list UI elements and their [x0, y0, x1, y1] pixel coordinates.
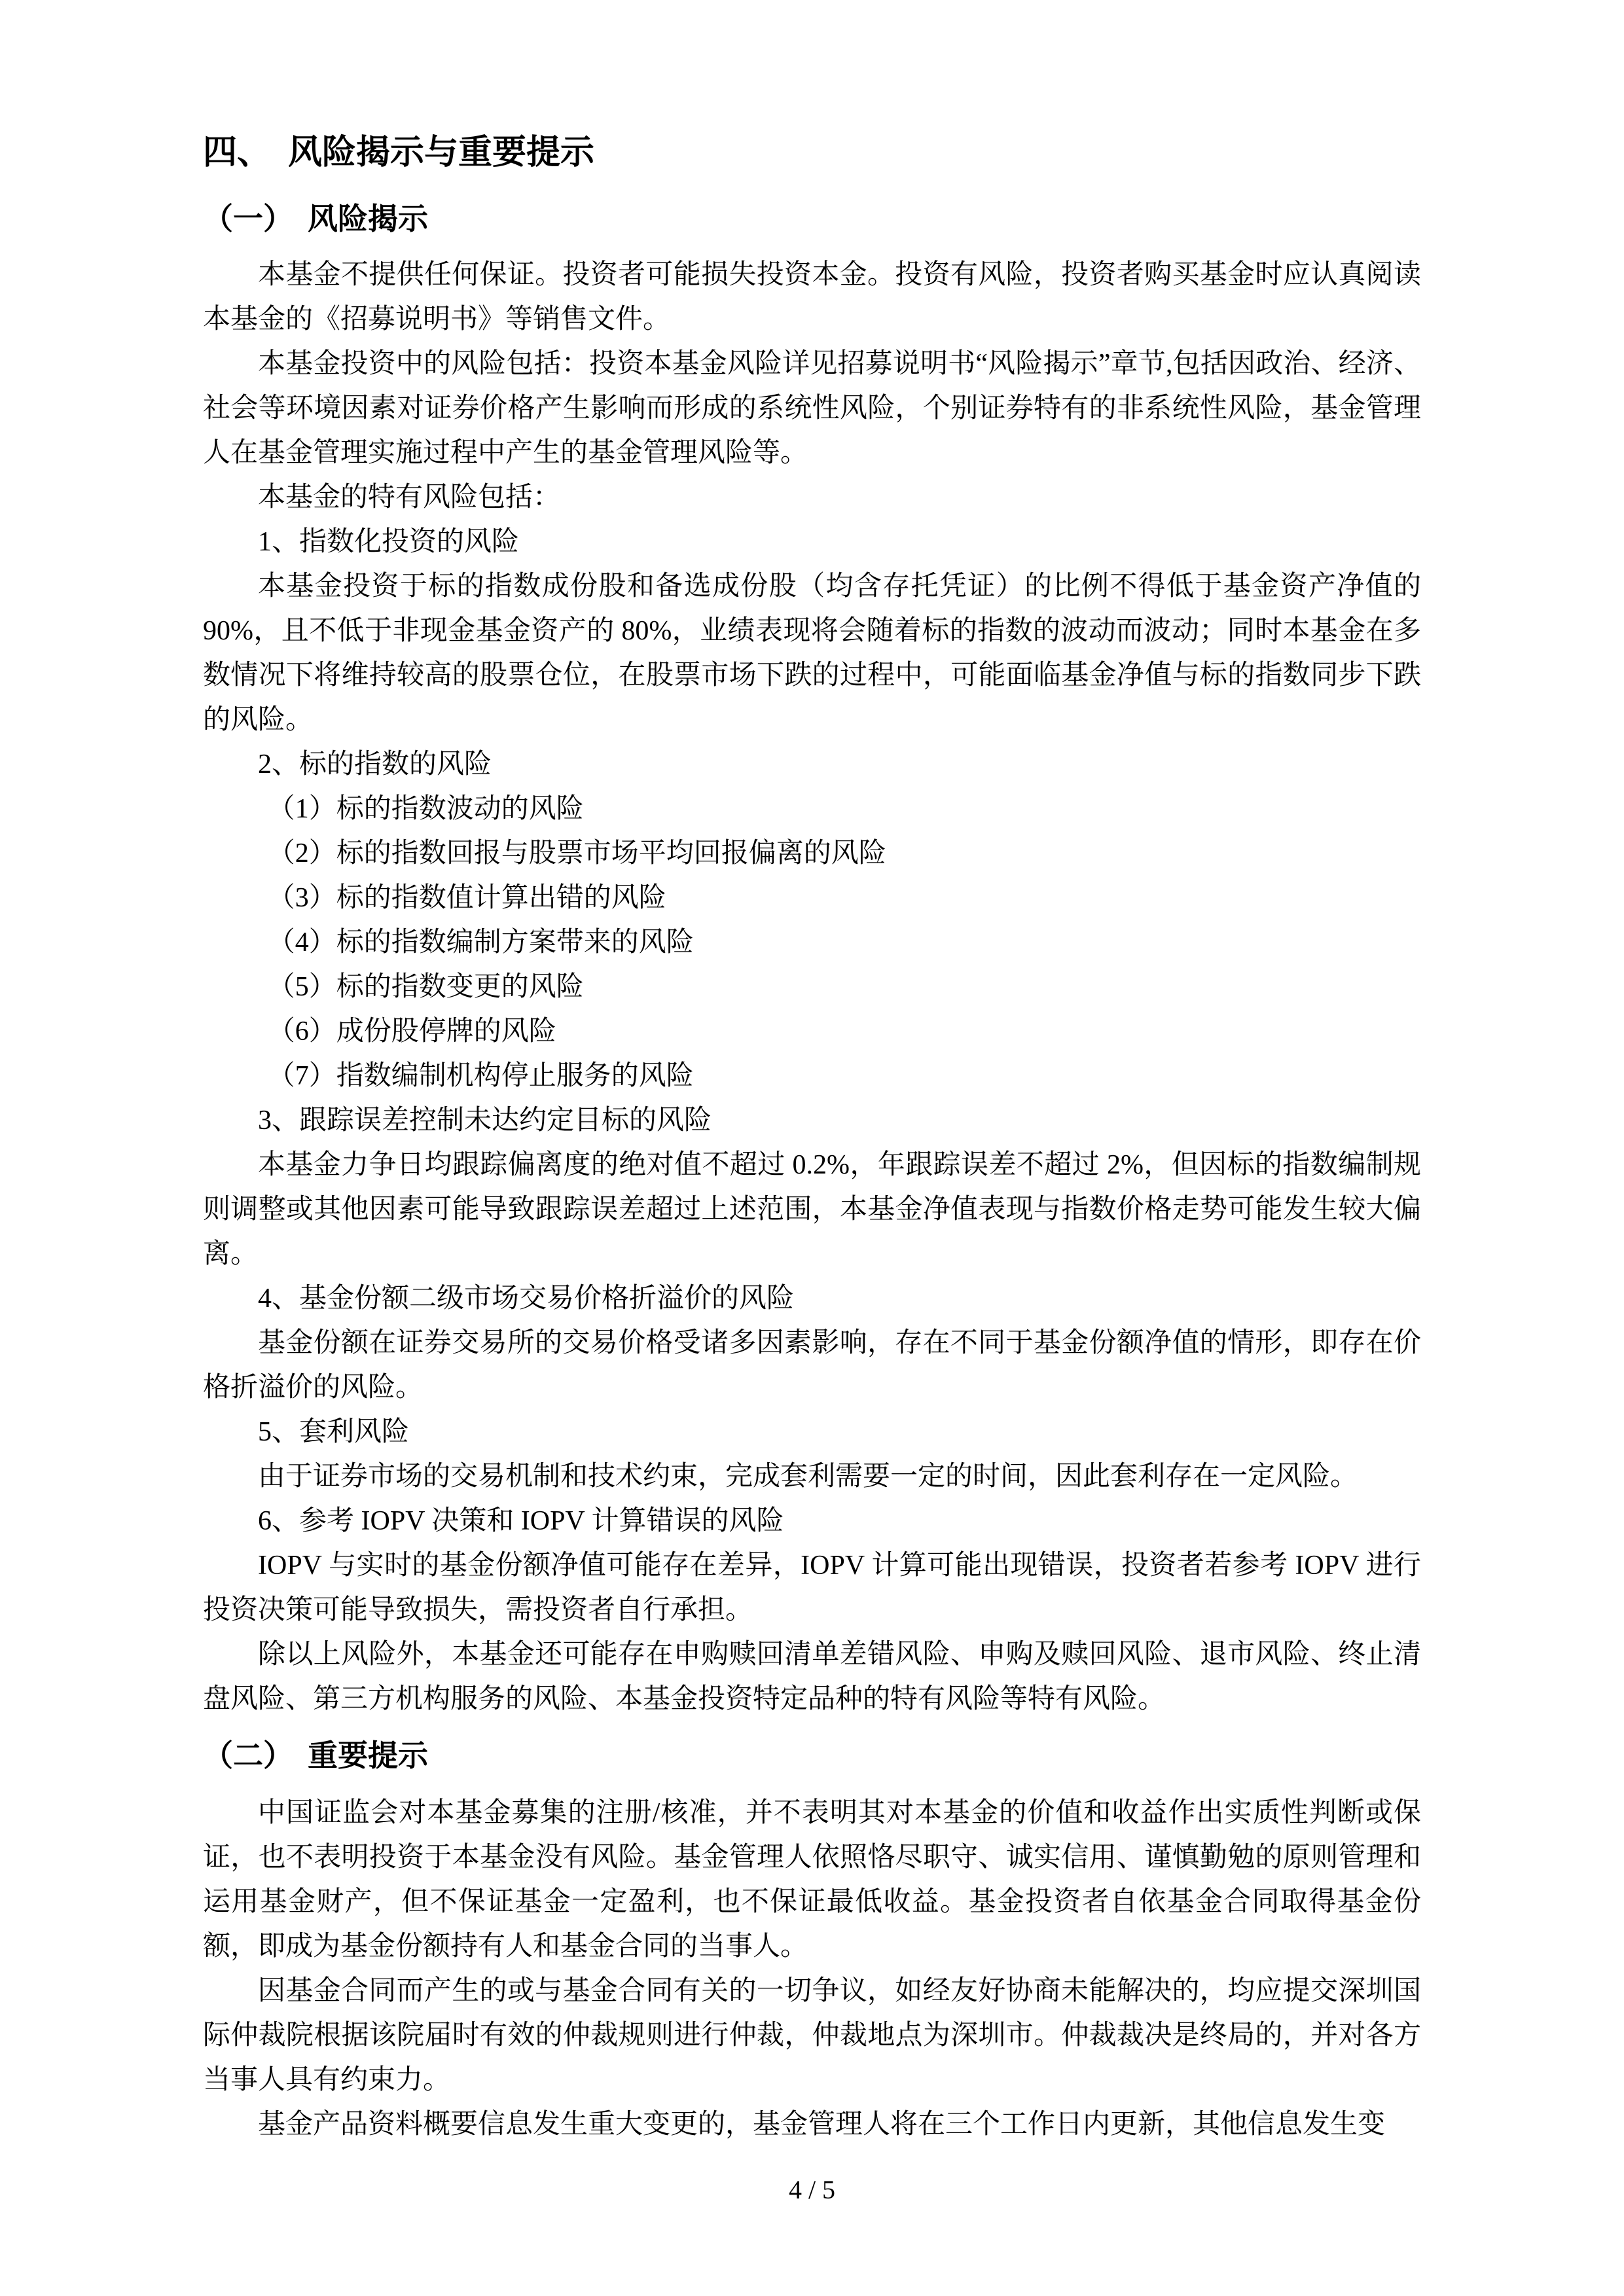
subsection-number: （二）: [203, 1739, 293, 1772]
sub-item: （6）成份股停牌的风险: [203, 1009, 1421, 1054]
paragraph: 本基金投资中的风险包括：投资本基金风险详见招募说明书“风险揭示”章节,包括因政治…: [203, 342, 1421, 475]
risk-disclosure-body: 本基金不提供任何保证。投资者可能损失投资本金。投资有风险，投资者购买基金时应认真…: [203, 253, 1421, 1721]
important-notice-body: 中国证监会对本基金募集的注册/核准，并不表明其对本基金的价值和收益作出实质性判断…: [203, 1791, 1421, 2147]
section-number: 四、: [203, 134, 271, 171]
paragraph: 因基金合同而产生的或与基金合同有关的一切争议，如经友好协商未能解决的，均应提交深…: [203, 1969, 1421, 2102]
section-heading: 四、风险揭示与重要提示: [203, 131, 1421, 175]
paragraph: 基金产品资料概要信息发生重大变更的，基金管理人将在三个工作日内更新，其他信息发生…: [203, 2102, 1421, 2147]
subsection-heading-risk-disclosure: （一）风险揭示: [203, 199, 1421, 240]
subsection-title: 重要提示: [308, 1739, 428, 1772]
paragraph: 本基金的特有风险包括：: [203, 475, 1421, 520]
sub-item: （3）标的指数值计算出错的风险: [203, 876, 1421, 920]
paragraph: 本基金力争日均跟踪偏离度的绝对值不超过 0.2%，年跟踪误差不超过 2%，但因标…: [203, 1143, 1421, 1276]
sub-item: （2）标的指数回报与股票市场平均回报偏离的风险: [203, 831, 1421, 876]
sub-item: （1）标的指数波动的风险: [203, 787, 1421, 831]
sub-item: （7）指数编制机构停止服务的风险: [203, 1054, 1421, 1098]
paragraph: 基金份额在证券交易所的交易价格受诸多因素影响，存在不同于基金份额净值的情形，即存…: [203, 1321, 1421, 1410]
numbered-item: 4、基金份额二级市场交易价格折溢价的风险: [203, 1276, 1421, 1321]
subsection-heading-important-notice: （二）重要提示: [203, 1736, 1421, 1776]
numbered-item: 6、参考 IOPV 决策和 IOPV 计算错误的风险: [203, 1499, 1421, 1543]
section-title: 风险揭示与重要提示: [288, 134, 594, 171]
document-page: 四、风险揭示与重要提示 （一）风险揭示 本基金不提供任何保证。投资者可能损失投资…: [0, 0, 1624, 2296]
sub-item: （4）标的指数编制方案带来的风险: [203, 920, 1421, 965]
numbered-item: 3、跟踪误差控制未达约定目标的风险: [203, 1098, 1421, 1143]
paragraph: 除以上风险外，本基金还可能存在申购赎回清单差错风险、申购及赎回风险、退市风险、终…: [203, 1632, 1421, 1721]
page-number: 4 / 5: [203, 2172, 1421, 2208]
sub-item: （5）标的指数变更的风险: [203, 965, 1421, 1009]
paragraph: IOPV 与实时的基金份额净值可能存在差异，IOPV 计算可能出现错误，投资者若…: [203, 1543, 1421, 1632]
paragraph: 本基金不提供任何保证。投资者可能损失投资本金。投资有风险，投资者购买基金时应认真…: [203, 253, 1421, 342]
numbered-item: 1、指数化投资的风险: [203, 520, 1421, 564]
paragraph: 由于证券市场的交易机制和技术约束，完成套利需要一定的时间，因此套利存在一定风险。: [203, 1454, 1421, 1499]
paragraph: 中国证监会对本基金募集的注册/核准，并不表明其对本基金的价值和收益作出实质性判断…: [203, 1791, 1421, 1969]
subsection-title: 风险揭示: [308, 202, 428, 236]
numbered-item: 2、标的指数的风险: [203, 742, 1421, 787]
subsection-number: （一）: [203, 202, 293, 236]
paragraph: 本基金投资于标的指数成份股和备选成份股（均含存托凭证）的比例不得低于基金资产净值…: [203, 564, 1421, 742]
numbered-item: 5、套利风险: [203, 1410, 1421, 1454]
